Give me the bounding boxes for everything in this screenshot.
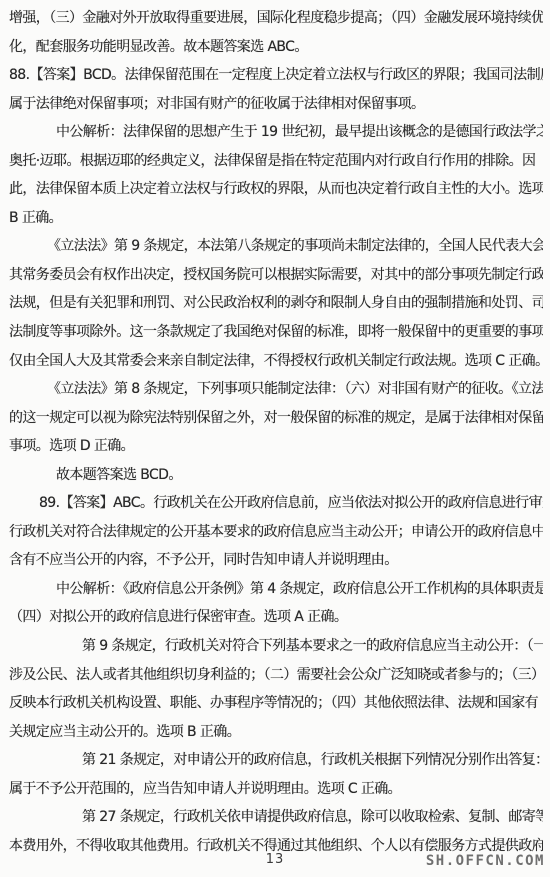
- text-line: 其常务委员会有权作出决定，授权国务院可以根据实际需要，对其中的部分事项先制定行政: [9, 261, 543, 290]
- watermark: SH.OFFCN.COM: [426, 853, 545, 869]
- text-line: 涉及公民、法人或者其他组织切身利益的；（二）需要社会公众广泛知晓或者参与的；（三…: [9, 661, 543, 690]
- text-line: （四）对拟公开的政府信息进行保密审查。选项 A 正确。: [9, 603, 543, 632]
- text-line: 化，配套服务功能明显改善。故本题答案选 ABC。: [9, 33, 543, 62]
- text-line: 事项。选项 D 正确。: [9, 432, 543, 461]
- body-text: 增强，（三）金融对外开放取得重要进展，国际化程度稳步提高；（四）金融发展环境持续…: [9, 4, 543, 860]
- text-line: 第 9 条规定，行政机关对符合下列基本要求之一的政府信息应当主动公开：（一）: [9, 632, 543, 661]
- text-line: 第 21 条规定，对申请公开的政府信息，行政机关根据下列情况分别作出答复：（二）: [9, 746, 543, 775]
- text-line: 《立法法》第 8 条规定，下列事项只能制定法律：（六）对非国有财产的征收。《立法…: [9, 375, 543, 404]
- text-line: 属于不予公开范围的，应当告知申请人并说明理由。选项 C 正确。: [9, 775, 543, 804]
- text-line: 反映本行政机关机构设置、职能、办事程序等情况的；（四）其他依照法律、法规和国家有: [9, 689, 543, 718]
- text-line: 此，法律保留本质上决定着立法权与行政权的界限，从而也决定着行政自主性的大小。选项: [9, 175, 543, 204]
- text-line: 关规定应当主动公开的。选项 B 正确。: [9, 718, 543, 747]
- text-line: 中公解析：法律保留的思想产生于 19 世纪初，最早提出该概念的是德国行政法学之父: [9, 118, 543, 147]
- text-line: 88.【答案】BCD。法律保留范围在一定程度上决定着立法权与行政区的界限；我国司…: [9, 61, 543, 90]
- text-line: 仅由全国人大及其常委会来亲自制定法律，不得授权行政机关制定行政法规。选项 C 正…: [9, 347, 543, 376]
- text-line: 《立法法》第 9 条规定，本法第八条规定的事项尚未制定法律的，全国人民代表大会及: [9, 232, 543, 261]
- document-page: 增强，（三）金融对外开放取得重要进展，国际化程度稳步提高；（四）金融发展环境持续…: [0, 0, 550, 877]
- text-line: 增强，（三）金融对外开放取得重要进展，国际化程度稳步提高；（四）金融发展环境持续…: [9, 4, 543, 33]
- text-line: B 正确。: [9, 204, 543, 233]
- text-line: 奥托·迈耶。根据迈耶的经典定义，法律保留是指在特定范围内对行政自行作用的排除。因: [9, 147, 543, 176]
- text-line: 法规，但是有关犯罪和刑罚、对公民政治权利的剥夺和限制人身自由的强制措施和处罚、司: [9, 289, 543, 318]
- text-line: 行政机关对符合法律规定的公开基本要求的政府信息应当主动公开；申请公开的政府信息中: [9, 518, 543, 547]
- text-line: 的这一规定可以视为除宪法特别保留之外，对一般保留的标准的规定，是属于法律相对保留: [9, 404, 543, 433]
- text-line: 含有不应当公开的内容，不予公开，同时告知申请人并说明理由。: [9, 546, 543, 575]
- text-line: 89.【答案】ABC。行政机关在公开政府信息前，应当依法对拟公开的政府信息进行审…: [9, 489, 543, 518]
- text-line: 中公解析：《政府信息公开条例》第 4 条规定，政府信息公开工作机构的具体职责是：: [9, 575, 543, 604]
- text-line: 故本题答案选 BCD。: [9, 461, 543, 490]
- page-footer: 13 SH.OFFCN.COM: [0, 845, 550, 877]
- text-line: 法制度等事项除外。这一条款规定了我国绝对保留的标准，即将一般保留中的更重要的事项: [9, 318, 543, 347]
- text-line: 属于法律绝对保留事项；对非国有财产的征收属于法律相对保留事项。: [9, 90, 543, 119]
- text-line: 第 27 条规定，行政机关依申请提供政府信息，除可以收取检索、复制、邮寄等成: [9, 803, 543, 832]
